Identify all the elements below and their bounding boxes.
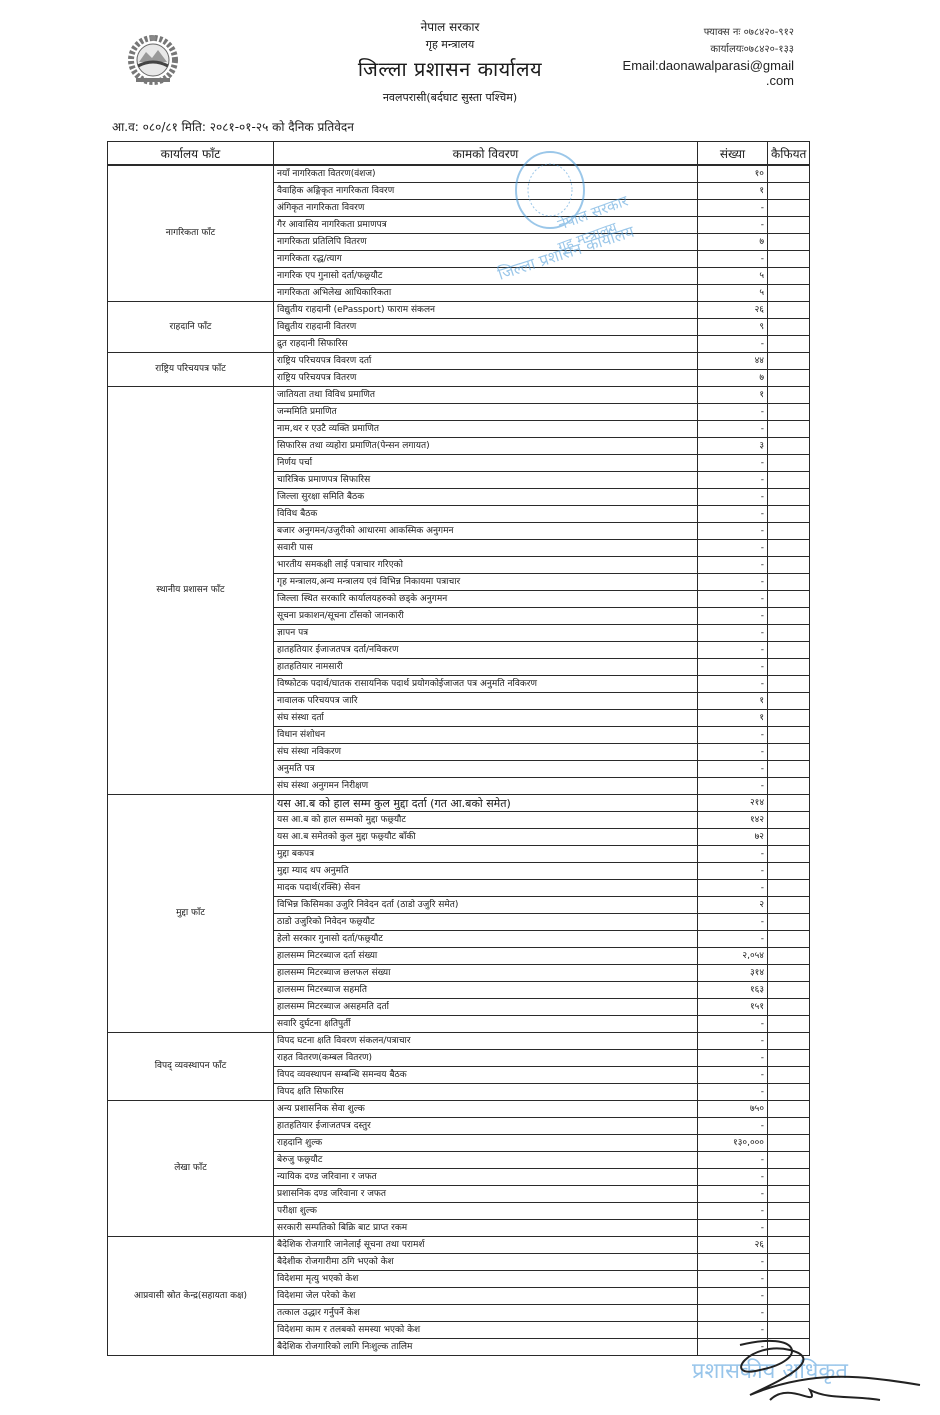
office-phone: कार्यालयः०७८४२०-१३३ [623,41,794,58]
task-remarks [768,812,810,829]
task-count: ९ [698,319,768,336]
task-description: द्रुत राहदानी सिफारिस [274,336,698,353]
task-count: १५१ [698,999,768,1016]
task-count: ७५० [698,1101,768,1118]
task-description: विभिन्न किसिमका उजुरि निवेदन दर्ता (ठाडो… [274,897,698,914]
task-count: - [698,625,768,642]
task-remarks [768,1186,810,1203]
task-description: नावालक परिचयपत्र जारि [274,693,698,710]
task-description: प्रशासनिक दण्ड जरिवाना र जफत [274,1186,698,1203]
task-description: विदेशमा काम र तलबको समस्या भएको केश [274,1322,698,1339]
task-count: - [698,1033,768,1050]
task-description: सिफारिस तथा व्यहोरा प्रमाणित(पेन्सन लगाय… [274,438,698,455]
task-count: ७ [698,234,768,251]
task-description: यस आ.ब समेतको कुल मुद्दा फछ्र्यौट बाँकी [274,829,698,846]
section-name: लेखा फाँट [108,1101,274,1237]
task-description: विधान संशोधन [274,727,698,744]
government-name: नेपाल सरकार [300,18,600,36]
task-remarks [768,608,810,625]
daily-report-table: कार्यालय फाँट कामको विवरण संख्या कैफियत … [107,141,810,1356]
task-count: १ [698,710,768,727]
task-count: १ [698,693,768,710]
task-description: राहदानि शुल्क [274,1135,698,1152]
task-description: सवारि दुर्घटना क्षतिपुर्ती [274,1016,698,1033]
task-remarks [768,1084,810,1101]
table-row: राहदानि फाँटविद्युतीय राहदानी (ePassport… [108,302,810,319]
task-remarks [768,1067,810,1084]
task-remarks [768,268,810,285]
table-row: मुद्दा फाँटयस आ.ब को हाल सम्म कुल मुद्दा… [108,795,810,812]
task-remarks [768,523,810,540]
task-remarks [768,540,810,557]
task-description: जिल्ला स्थित सरकारि कार्यालयहरुको छड्के … [274,591,698,608]
task-count: २ [698,897,768,914]
task-count: ३१४ [698,965,768,982]
column-header-section: कार्यालय फाँट [108,142,274,166]
task-description: विद्युतीय राहदानी (ePassport) फाराम संकल… [274,302,698,319]
task-description: विद्युतीय राहदानी वितरण [274,319,698,336]
task-description: नयाँ नागरिकता वितरण(वंशज) [274,165,698,183]
task-description: संघ संस्था दर्ता [274,710,698,727]
task-count: - [698,642,768,659]
task-count: २६ [698,1237,768,1254]
task-remarks [768,302,810,319]
task-description: न्यायिक दण्ड जरिवाना र जफत [274,1169,698,1186]
task-count: ३ [698,438,768,455]
task-count: - [698,778,768,795]
task-count: ७ [698,370,768,387]
task-count: - [698,931,768,948]
task-description: अंगिकृत नागरिकता विवरण [274,200,698,217]
task-count: - [698,1084,768,1101]
task-count: - [698,1118,768,1135]
task-remarks [768,1050,810,1067]
task-description: मादक पदार्थ(रक्सि) सेवन [274,880,698,897]
task-count: १३०,००० [698,1135,768,1152]
task-description: राहत वितरण(कम्बल वितरण) [274,1050,698,1067]
task-remarks [768,982,810,999]
task-description: यस आ.ब को हाल सम्मको मुद्दा फछ्र्यौट [274,812,698,829]
task-description: ठाडो उजुरिको निवेदन फछ्र्यौट [274,914,698,931]
ministry-name: गृह मन्त्रालय [300,36,600,54]
task-description: राष्ट्रिय परिचयपत्र विवरण दर्ता [274,353,698,370]
table-row: राष्ट्रिय परिचयपत्र फाँटराष्ट्रिय परिचयप… [108,353,810,370]
table-row: स्थानीय प्रशासन फाँटजातियता तथा विविध प्… [108,387,810,404]
task-remarks [768,880,810,897]
table-body: नागरिकता फाँटनयाँ नागरिकता वितरण(वंशज)१०… [108,165,810,1356]
task-description: संघ संस्था नविकरण [274,744,698,761]
section-name: विपद् व्यवस्थापन फाँट [108,1033,274,1101]
task-count: - [698,914,768,931]
task-count: १ [698,387,768,404]
task-remarks [768,1305,810,1322]
task-count: - [698,1322,768,1339]
task-count: - [698,761,768,778]
task-description: अनुमति पत्र [274,761,698,778]
task-description: नागरिक एप गुनासो दर्ता/फछ्र्यौट [274,268,698,285]
task-count: १६३ [698,982,768,999]
task-count: - [698,1339,768,1356]
section-name: राष्ट्रिय परिचयपत्र फाँट [108,353,274,387]
task-remarks [768,625,810,642]
task-description: ज्ञापन पत्र [274,625,698,642]
task-remarks [768,1169,810,1186]
task-remarks [768,404,810,421]
task-remarks [768,1237,810,1254]
task-count: - [698,608,768,625]
task-description: विष्फोटक पदार्थ/घातक रासायनिक पदार्थ प्र… [274,676,698,693]
task-remarks [768,829,810,846]
task-description: हालसम्म मिटरब्याज सहमति [274,982,698,999]
task-count: - [698,880,768,897]
task-remarks [768,642,810,659]
task-count: २६ [698,302,768,319]
task-description: बजार अनुगमन/उजुरीको आधारमा आकस्मिक अनुगम… [274,523,698,540]
task-remarks [768,1288,810,1305]
task-description: नाम,थर र एउटै व्यक्ति प्रमाणित [274,421,698,438]
task-remarks [768,234,810,251]
task-count: - [698,1305,768,1322]
task-description: नागरिकता रद्ध/त्याग [274,251,698,268]
task-count: - [698,1067,768,1084]
task-remarks [768,795,810,812]
task-remarks [768,897,810,914]
task-description: हातहतियार नामसारी [274,659,698,676]
email-address: Email:daonawalparasi@gmail [623,58,794,73]
task-count: - [698,489,768,506]
task-count: - [698,1271,768,1288]
email-address-suffix: .com [623,73,794,88]
task-description: अन्य प्रशासनिक सेवा शुल्क [274,1101,698,1118]
task-description: वैवाहिक अङ्गिकृत नागरिकता विवरण [274,183,698,200]
task-remarks [768,1033,810,1050]
task-description: सरकारी सम्पतिको बिक्रि बाट प्राप्त रकम [274,1220,698,1237]
task-description: निर्णय पर्चा [274,455,698,472]
letterhead: नेपाल सरकार गृह मन्त्रालय जिल्ला प्रशासन… [300,14,600,108]
section-name: स्थानीय प्रशासन फाँट [108,387,274,795]
task-description: जन्ममिति प्रमाणित [274,404,698,421]
task-count: - [698,217,768,234]
task-remarks [768,1322,810,1339]
task-count: - [698,251,768,268]
task-description: हालसम्म मिटरब्याज दर्ता संख्या [274,948,698,965]
task-description: जातियता तथा विविध प्रमाणित [274,387,698,404]
task-description: बैदेशिक रोजगारि जानेलाई सूचना तथा परामर्… [274,1237,698,1254]
task-count: ५ [698,285,768,302]
table-row: विपद् व्यवस्थापन फाँटविपद घटना क्षति विव… [108,1033,810,1050]
column-header-description: कामको विवरण [274,142,698,166]
task-remarks [768,1152,810,1169]
task-remarks [768,727,810,744]
task-remarks [768,1254,810,1271]
table-row: लेखा फाँटअन्य प्रशासनिक सेवा शुल्क७५० [108,1101,810,1118]
task-remarks [768,370,810,387]
task-count: - [698,523,768,540]
task-description: विविध बैठक [274,506,698,523]
column-header-count: संख्या [698,142,768,166]
task-remarks [768,659,810,676]
task-remarks [768,200,810,217]
task-count: - [698,557,768,574]
task-description: जिल्ला सुरक्षा समिति बैठक [274,489,698,506]
task-remarks [768,387,810,404]
task-remarks [768,710,810,727]
task-description: परीक्षा शुल्क [274,1203,698,1220]
task-count: - [698,659,768,676]
section-name: मुद्दा फाँट [108,795,274,1033]
task-description: मुद्दा म्याद थप अनुमति [274,863,698,880]
task-remarks [768,1220,810,1237]
task-remarks [768,557,810,574]
section-name: नागरिकता फाँट [108,165,274,302]
task-remarks [768,217,810,234]
task-count: - [698,1254,768,1271]
task-description: सवारी पास [274,540,698,557]
task-remarks [768,421,810,438]
task-remarks [768,863,810,880]
task-description: गैर आवासिय नागरिकता प्रमाणपत्र [274,217,698,234]
task-count: - [698,1288,768,1305]
task-remarks [768,285,810,302]
task-remarks [768,676,810,693]
task-remarks [768,965,810,982]
task-count: - [698,1220,768,1237]
task-description: विदेशमा मृत्यु भएको केश [274,1271,698,1288]
district-name: नवलपरासी(बर्दघाट सुस्ता पश्चिम) [300,88,600,108]
task-remarks [768,1271,810,1288]
task-description: हालसम्म मिटरब्याज असहमति दर्ता [274,999,698,1016]
task-description: हालसम्म मिटरब्याज छलफल संख्या [274,965,698,982]
task-count: - [698,574,768,591]
task-description: हातहतियार ईजाजतपत्र दर्ता/नविकरण [274,642,698,659]
task-count: २,०५४ [698,948,768,965]
task-count: - [698,1203,768,1220]
table-header-row: कार्यालय फाँट कामको विवरण संख्या कैफियत [108,142,810,166]
section-name: आप्रवासी स्रोत केन्द्र(सहायता कक्ष) [108,1237,274,1356]
fax-number: फ्याक्स नः ०७८४२०-९१२ [623,24,794,41]
task-remarks [768,489,810,506]
office-name: जिल्ला प्रशासन कार्यालय [300,54,600,84]
task-count: - [698,846,768,863]
task-count: - [698,421,768,438]
task-description: संघ संस्था अनुगमन निरीक्षण [274,778,698,795]
task-count: - [698,472,768,489]
task-count: - [698,1186,768,1203]
contact-info: फ्याक्स नः ०७८४२०-९१२ कार्यालयः०७८४२०-१३… [623,24,794,88]
task-remarks [768,948,810,965]
task-description: नागरिकता प्रतिलिपि वितरण [274,234,698,251]
task-remarks [768,999,810,1016]
task-count: - [698,863,768,880]
task-count: १४२ [698,812,768,829]
task-remarks [768,931,810,948]
task-remarks [768,165,810,183]
task-count: १० [698,165,768,183]
task-description: हेलो सरकार गुनासो दर्ता/फछ्र्यौट [274,931,698,948]
task-count: - [698,727,768,744]
task-remarks [768,1101,810,1118]
task-remarks [768,744,810,761]
task-description: चारित्रिक प्रमाणपत्र सिफारिस [274,472,698,489]
task-remarks [768,1118,810,1135]
task-count: ४४ [698,353,768,370]
task-remarks [768,183,810,200]
task-remarks [768,761,810,778]
task-description: हातहतियार ईजाजतपत्र दस्तुर [274,1118,698,1135]
task-description: राष्ट्रिय परिचयपत्र वितरण [274,370,698,387]
report-title: आ.व: ०८०/८१ मिति: २०८१-०१-२५ को दैनिक प्… [112,118,354,135]
task-description: गृह मन्त्रालय,अन्य मन्त्रालय एवं विभिन्न… [274,574,698,591]
task-count: - [698,591,768,608]
column-header-remarks: कैफियत [768,142,810,166]
signature-title: प्रशासकीय अधिकृत [692,1355,848,1385]
task-description: विपद व्यवस्थापन सम्बन्धि समन्वय बैठक [274,1067,698,1084]
task-remarks [768,1339,810,1356]
task-count: १ [698,183,768,200]
task-remarks [768,1203,810,1220]
task-count: - [698,200,768,217]
task-description: नागरिकता अभिलेख आधिकारिकता [274,285,698,302]
task-remarks [768,472,810,489]
task-description: तत्काल उद्धार गर्नुपर्ने केश [274,1305,698,1322]
task-description: बैदेशीक रोजगारीमा ठगि भएको केश [274,1254,698,1271]
task-count: - [698,676,768,693]
task-count: - [698,1169,768,1186]
task-description: सूचना प्रकाशन/सूचना टाँसको जानकारी [274,608,698,625]
task-remarks [768,336,810,353]
task-remarks [768,914,810,931]
table-row: नागरिकता फाँटनयाँ नागरिकता वितरण(वंशज)१० [108,165,810,183]
task-description: विपद घटना क्षति विवरण संकलन/पत्राचार [274,1033,698,1050]
task-description: भारतीय समकक्षी लाई पत्राचार गरिएको [274,557,698,574]
task-description: विदेशमा जेल परेको केश [274,1288,698,1305]
task-description: मुद्दा बकपत्र [274,846,698,863]
task-count: - [698,506,768,523]
task-count: ५ [698,268,768,285]
task-remarks [768,319,810,336]
task-remarks [768,353,810,370]
task-remarks [768,251,810,268]
table-row: आप्रवासी स्रोत केन्द्र(सहायता कक्ष)बैदेश… [108,1237,810,1254]
task-remarks [768,1016,810,1033]
task-remarks [768,778,810,795]
task-count: - [698,540,768,557]
task-remarks [768,438,810,455]
task-count: - [698,744,768,761]
task-count: २१४ [698,795,768,812]
task-count: - [698,1016,768,1033]
task-description: विपद क्षति सिफारिस [274,1084,698,1101]
task-count: - [698,1050,768,1067]
task-remarks [768,455,810,472]
task-description: बैदेशिक रोजगारिको लागि निःशुल्क तालिम [274,1339,698,1356]
task-count: ७२ [698,829,768,846]
task-count: - [698,1152,768,1169]
task-count: - [698,336,768,353]
task-remarks [768,591,810,608]
task-remarks [768,574,810,591]
nepal-emblem-icon [122,28,184,90]
task-description: यस आ.ब को हाल सम्म कुल मुद्दा दर्ता (गत … [274,795,698,812]
task-remarks [768,846,810,863]
section-name: राहदानि फाँट [108,302,274,353]
task-remarks [768,693,810,710]
task-count: - [698,404,768,421]
task-description: बेरुजु फछ्र्यौट [274,1152,698,1169]
task-count: - [698,455,768,472]
task-remarks [768,1135,810,1152]
task-remarks [768,506,810,523]
